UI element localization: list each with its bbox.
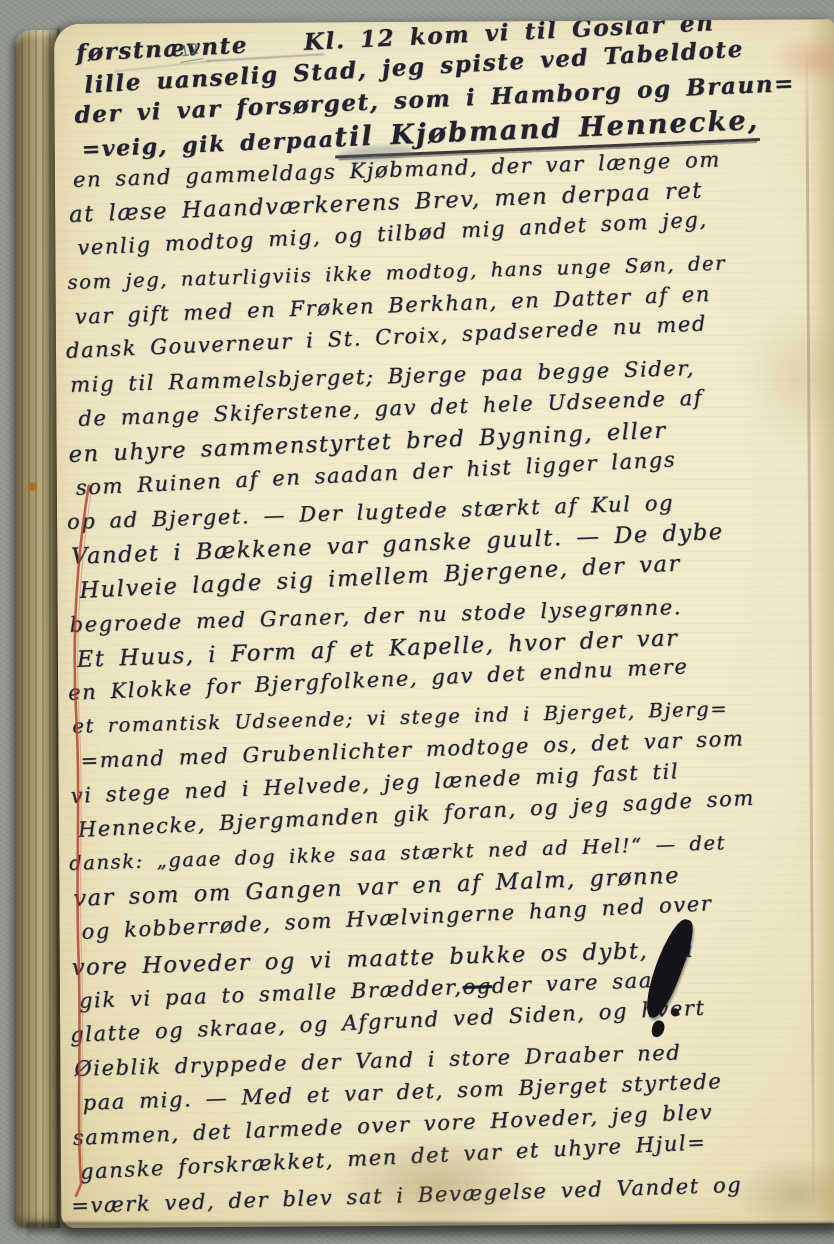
paper-stain: [329, 1133, 545, 1228]
paper-stain: [733, 1155, 834, 1228]
ink-blot-droplet: [672, 1008, 679, 1016]
book-bottom-shadow: [26, 1222, 834, 1238]
paper-stain: [744, 301, 834, 452]
pencil-page-number: 12: [177, 39, 203, 63]
ink-blot-droplet: [650, 1019, 666, 1038]
handwriting-segment: =veig, gik derpaa: [81, 126, 335, 162]
manuscript-page: førstnævnteKl. 12 kom vi til Goslar enli…: [54, 19, 834, 1228]
book-spine: [14, 30, 60, 1228]
handwriting-strikethrough: og: [462, 974, 492, 999]
handwriting-segment: der vare saa: [491, 968, 653, 998]
handwriting-segment: gik vi paa to smalle Brædder,: [79, 975, 463, 1013]
spine-spot: [28, 482, 37, 491]
handwriting-segment: førstnævnte: [76, 32, 249, 67]
